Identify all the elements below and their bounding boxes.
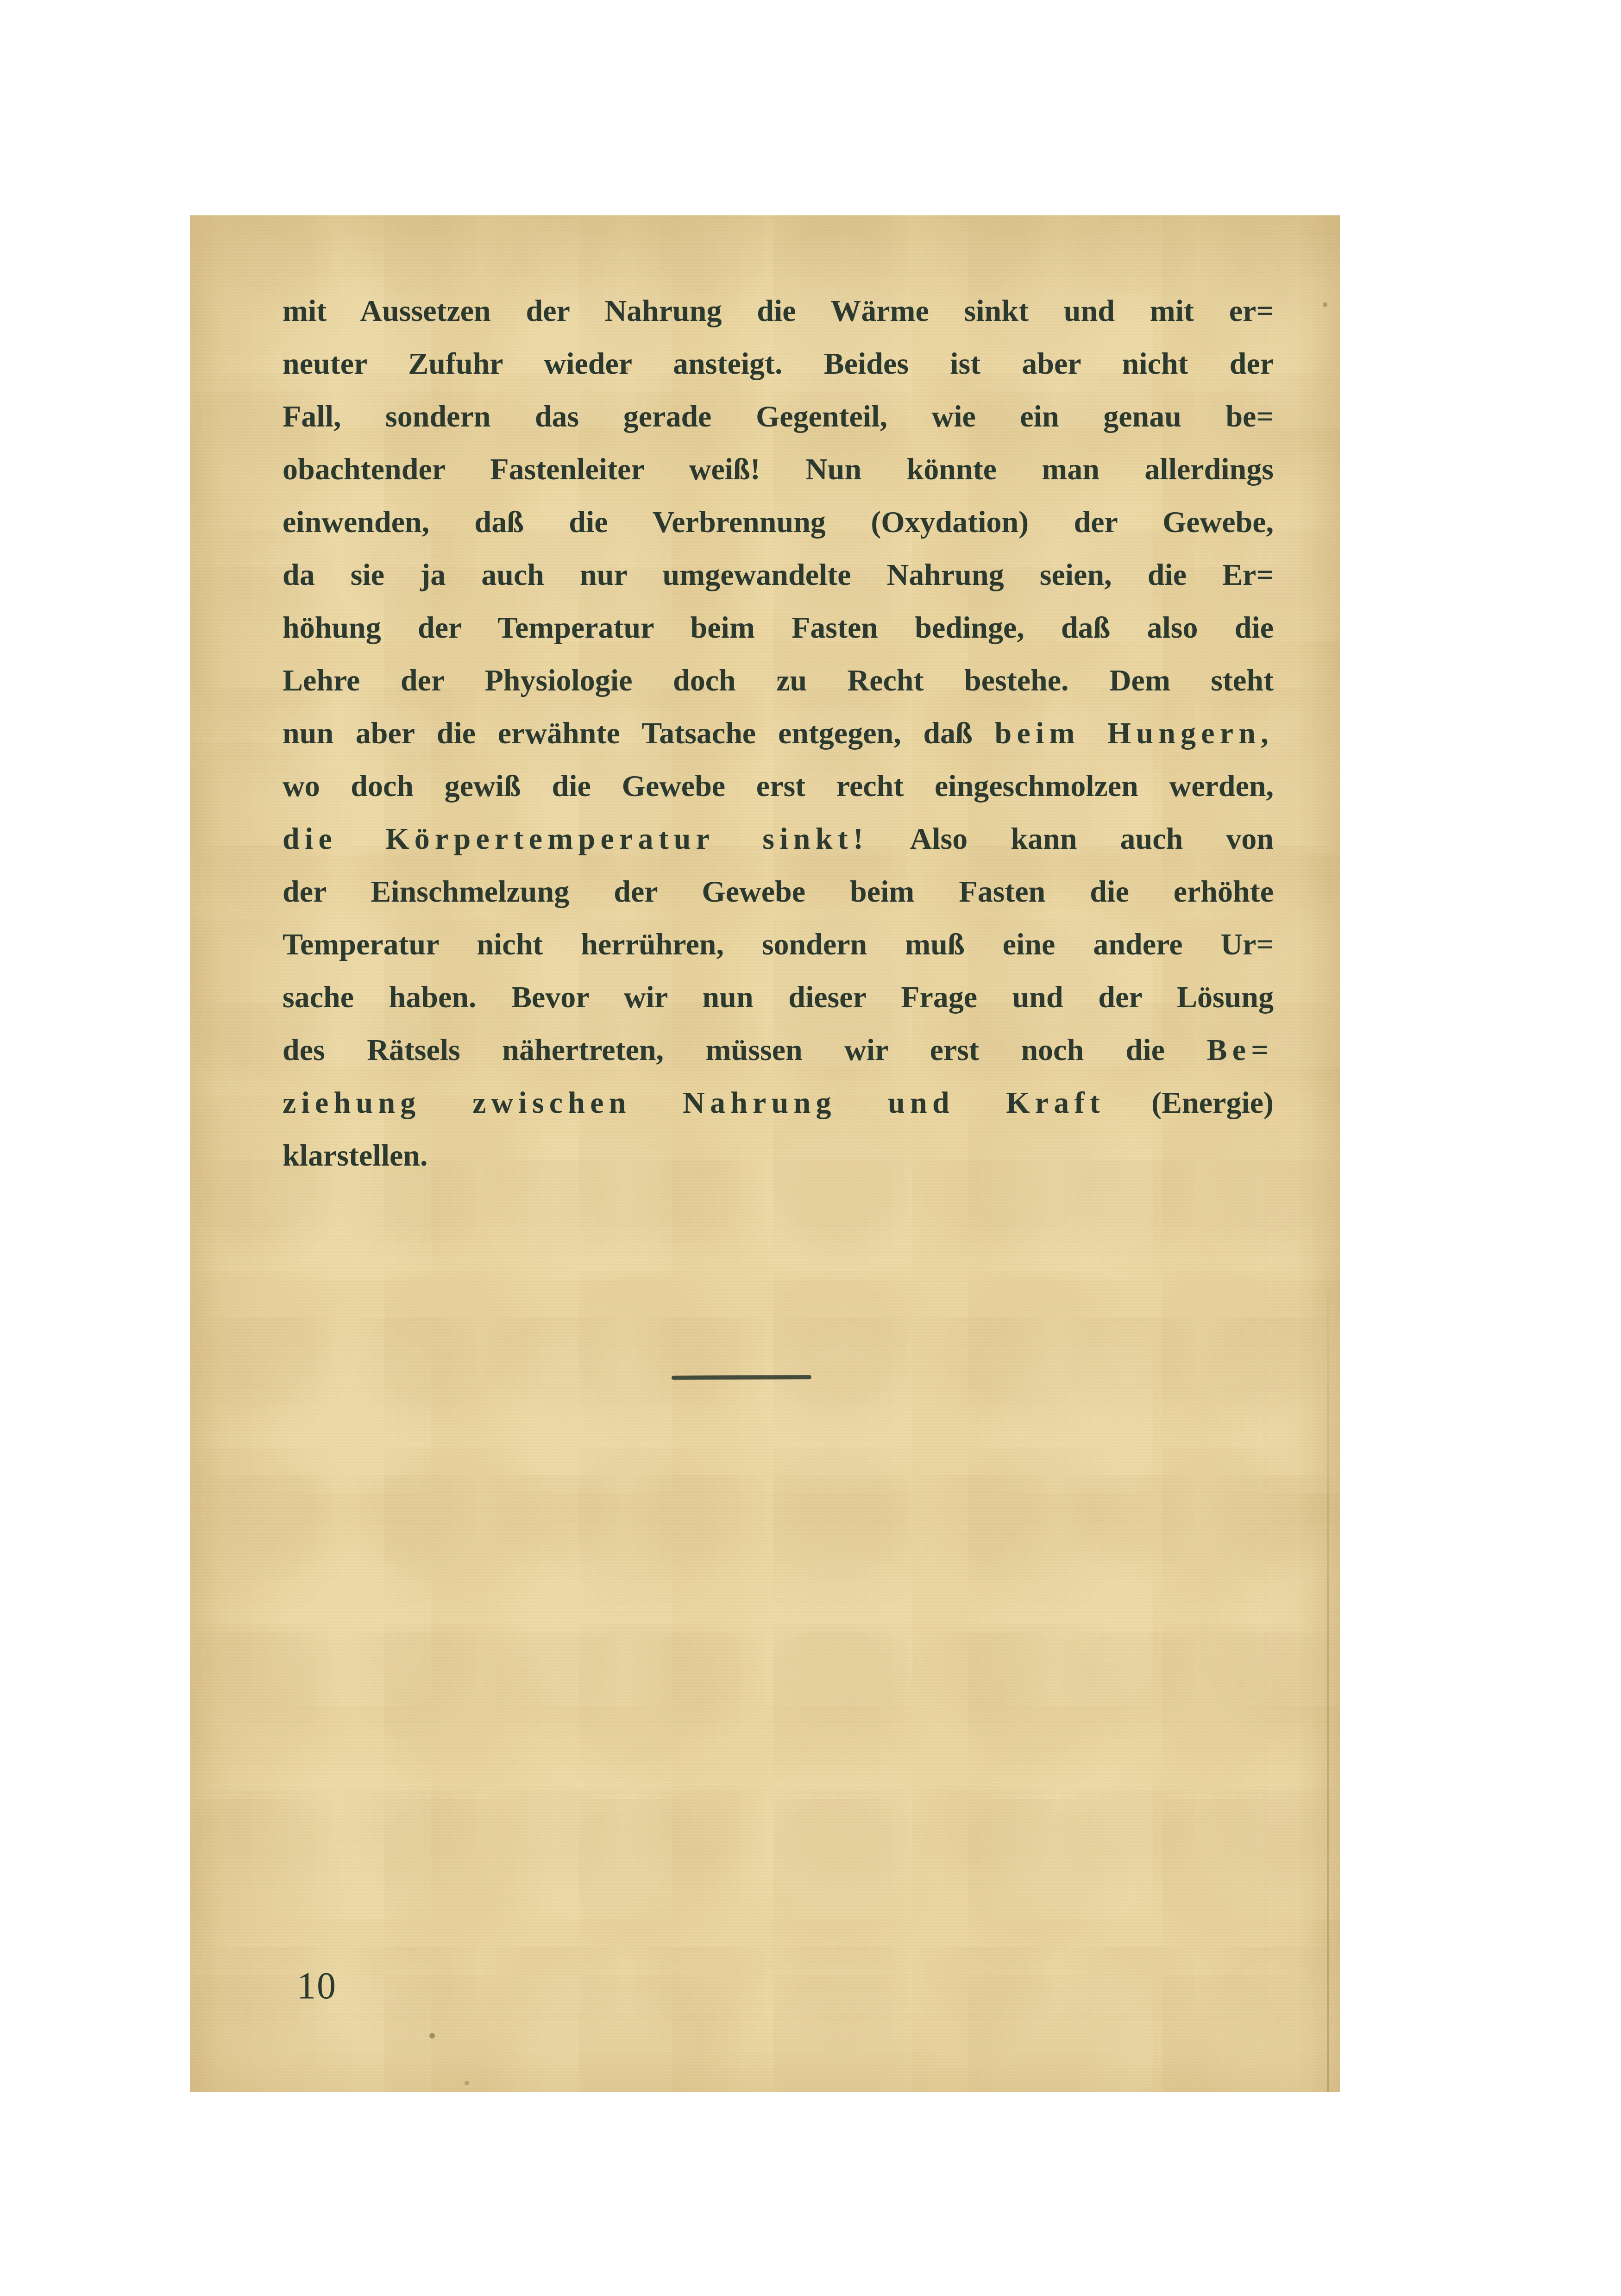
text-segment: des Rätsels nähertreten, müssen wir erst… (283, 1033, 1206, 1067)
text-segment: Also kann auch von (868, 822, 1274, 856)
book-page: mit Aussetzen der Nahrung die Wärme sink… (190, 215, 1340, 2092)
text-segment: neuter Zufuhr wieder ansteigt. Beides is… (283, 347, 1274, 381)
paper-speck (190, 215, 193, 218)
text-line: mit Aussetzen der Nahrung die Wärme sink… (283, 285, 1274, 338)
text-segment: klarstellen. (283, 1139, 427, 1173)
text-line: nun aber die erwähnte Tatsache entgegen,… (283, 707, 1274, 760)
text-segment: obachtender Fastenleiter weiß! Nun könnt… (283, 452, 1274, 486)
text-line: Lehre der Physiologie doch zu Recht best… (283, 654, 1274, 707)
text-line: sache haben. Bevor wir nun dieser Frage … (283, 971, 1274, 1024)
text-segment-spaced: beim Hungern, (995, 716, 1274, 750)
text-segment: höhung der Temperatur beim Fasten beding… (283, 611, 1274, 645)
text-line: da sie ja auch nur umgewandelte Nahrung … (283, 549, 1274, 602)
text-line: der Einschmelzung der Gewebe beim Fasten… (283, 866, 1274, 918)
text-segment: da sie ja auch nur umgewandelte Nahrung … (283, 558, 1274, 592)
text-segment: Fall, sondern das gerade Gegenteil, wie … (283, 400, 1274, 433)
text-segment-spaced: ziehung zwischen Nahrung und Kraft (283, 1086, 1105, 1120)
text-segment: (Energie) (1105, 1086, 1274, 1120)
scan-background: mit Aussetzen der Nahrung die Wärme sink… (0, 0, 1621, 2296)
body-text: mit Aussetzen der Nahrung die Wärme sink… (283, 285, 1274, 1182)
page-number: 10 (297, 1967, 337, 2005)
text-line: wo doch gewiß die Gewebe erst recht eing… (283, 760, 1274, 813)
text-segment: Lehre der Physiologie doch zu Recht best… (283, 664, 1274, 697)
text-segment-spaced: die Körpertemperatur sinkt! (283, 822, 868, 856)
text-line: klarstellen. (283, 1129, 1274, 1182)
text-line: die Körpertemperatur sinkt! Also kann au… (283, 813, 1274, 866)
text-segment: der Einschmelzung der Gewebe beim Fasten… (283, 875, 1274, 909)
text-line: einwenden, daß die Verbrennung (Oxydatio… (283, 496, 1274, 549)
text-line: obachtender Fastenleiter weiß! Nun könnt… (283, 443, 1274, 496)
text-segment: nun aber die erwähnte Tatsache entgegen,… (283, 716, 995, 750)
page-edge-crease (1327, 215, 1329, 2092)
text-line: des Rätsels nähertreten, müssen wir erst… (283, 1024, 1274, 1077)
text-line: ziehung zwischen Nahrung und Kraft (Ener… (283, 1077, 1274, 1129)
text-line: Temperatur nicht herrühren, sondern muß … (283, 918, 1274, 971)
text-segment: Temperatur nicht herrühren, sondern muß … (283, 928, 1274, 961)
text-segment: sache haben. Bevor wir nun dieser Frage … (283, 980, 1274, 1014)
text-segment: einwenden, daß die Verbrennung (Oxydatio… (283, 505, 1274, 539)
section-divider-rule (672, 1375, 811, 1380)
text-segment-spaced: Be= (1206, 1033, 1274, 1067)
text-line: Fall, sondern das gerade Gegenteil, wie … (283, 390, 1274, 443)
text-segment: mit Aussetzen der Nahrung die Wärme sink… (283, 294, 1274, 328)
text-line: neuter Zufuhr wieder ansteigt. Beides is… (283, 338, 1274, 390)
text-segment: wo doch gewiß die Gewebe erst recht eing… (283, 769, 1274, 803)
text-line: höhung der Temperatur beim Fasten beding… (283, 602, 1274, 654)
